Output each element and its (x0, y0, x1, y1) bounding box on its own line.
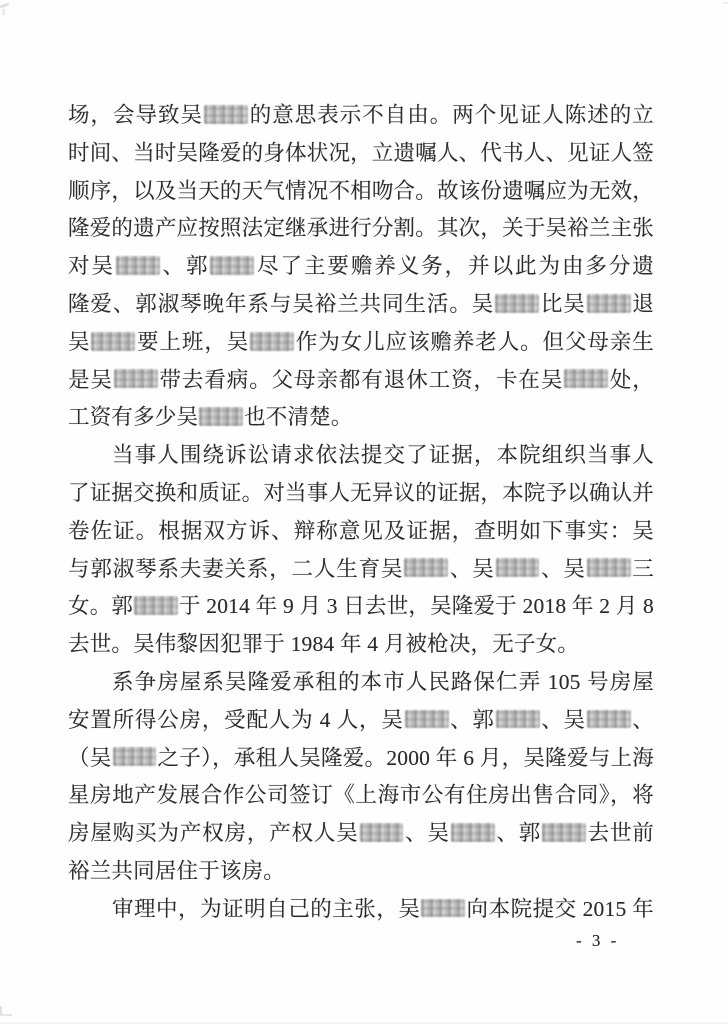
redacted-name (204, 105, 248, 124)
text-run: 带去看病。父母亲都有退休工资，卡在吴 (159, 368, 564, 392)
text-line: 了证据交换和质证。对当事人无异议的证据，本院予以确认并在 (68, 475, 654, 513)
text-line: 隆爱的遗产应按照法定继承进行分割。其次，关于吴裕兰主张其 (68, 210, 654, 248)
text-line: （吴之子），承租人吴隆爱。2000 年 6 月，吴隆爱与上海宇 (68, 740, 654, 778)
text-run: 审理中，为证明自己的主张，吴 (112, 897, 420, 921)
scan-artifact-top-right (723, 2, 728, 4)
text-line: 女。郭于 2014 年 9 月 3 日去世，吴隆爱于 2018 年 2 月 8 … (68, 588, 654, 626)
text-run: 工资有多少吴 (68, 405, 198, 429)
redacted-name (199, 407, 243, 426)
redacted-name (360, 823, 404, 842)
text-run: 当事人围绕诉讼请求依法提交了证据，本院组织当事人进行 (68, 443, 654, 475)
text-run: 女。郭 (68, 594, 133, 618)
redacted-name (91, 332, 135, 351)
redacted-name (116, 256, 160, 275)
text-line: 工资有多少吴也不清楚。 (68, 399, 654, 437)
text-run: 裕兰共同居住于该房。 (68, 859, 285, 883)
redacted-name (587, 558, 631, 577)
document-page: 场，会导致吴的意思表示不自由。两个见证人陈述的立遗嘱时间、当时吴隆爱的身体状况，… (0, 0, 728, 1024)
text-line: 星房地产发展合作公司签订《上海市公有住房出售合同》，将系争 (68, 777, 654, 815)
text-run: 、郭 (161, 254, 210, 278)
text-line: 当事人围绕诉讼请求依法提交了证据，本院组织当事人进行 (68, 437, 654, 475)
text-run: 隆爱、郭淑琴晚年系与吴裕兰共同生活。吴 (68, 292, 494, 316)
redacted-name (405, 710, 449, 729)
redacted-name (451, 823, 495, 842)
redacted-name (564, 369, 608, 388)
text-line: 安置所得公房，受配人为 4 人，吴、郭、吴、谢 (68, 702, 654, 740)
text-line: 时间、当时吴隆爱的身体状况，立遗嘱人、代书人、见证人签名 (68, 135, 654, 173)
text-line: 裕兰共同居住于该房。 (68, 853, 654, 891)
text-run: 、吴 (541, 708, 586, 732)
text-run: 房屋购买为产权房，产权人吴 (68, 821, 359, 845)
text-line: 对吴、郭尽了主要赡养义务，并以此为由多分遗产。吴 (68, 248, 654, 286)
scan-artifact-bottom-left (0, 1006, 12, 1016)
redacted-name (134, 596, 178, 615)
text-line: 顺序，以及当天的天气情况不相吻合。故该份遗嘱应为无效，吴 (68, 173, 654, 211)
redacted-name (421, 899, 465, 918)
text-run: 时间、当时吴隆爱的身体状况，立遗嘱人、代书人、见证人签名 (68, 141, 654, 173)
text-run: 隆爱的遗产应按照法定继承进行分割。其次，关于吴裕兰主张其 (68, 216, 654, 248)
text-run: 卷佐证。根据双方诉、辩称意见及证据，查明如下事实：吴 (68, 519, 654, 543)
text-run: 、郭 (450, 708, 495, 732)
redacted-name (542, 823, 586, 842)
text-run: 也不清楚。 (244, 405, 353, 429)
redacted-name (404, 558, 448, 577)
text-run: 安置所得公房，受配人为 4 人，吴 (68, 708, 404, 732)
text-line: 卷佐证。根据双方诉、辩称意见及证据，查明如下事实：吴 (68, 513, 654, 551)
redacted-name (495, 294, 539, 313)
text-run: 比吴 (540, 292, 586, 316)
redacted-name (587, 294, 631, 313)
text-run: 、吴 (404, 821, 449, 845)
text-run: 吴 (68, 330, 90, 354)
text-run: （吴 (68, 746, 112, 770)
text-run: 与郭淑琴系夫妻关系，二人生育吴 (68, 557, 403, 581)
text-line: 场，会导致吴的意思表示不自由。两个见证人陈述的立遗嘱 (68, 97, 654, 135)
redacted-name (250, 332, 294, 351)
text-line: 审理中，为证明自己的主张，吴向本院提交 2015 年 11 (68, 891, 654, 929)
text-run: 对吴 (68, 254, 115, 278)
page-number: - 3 - (576, 931, 656, 951)
redacted-name (496, 558, 540, 577)
text-line: 与郭淑琴系夫妻关系，二人生育吴、吴、吴三名子 (68, 551, 654, 589)
text-line: 系争房屋系吴隆爱承租的本市人民路保仁弄 105 号房屋动迁 (68, 664, 654, 702)
scan-artifact-top-left-2 (2, 9, 5, 15)
text-run: 、吴 (540, 557, 585, 581)
redacted-name (587, 710, 631, 729)
text-line: 隆爱、郭淑琴晚年系与吴裕兰共同生活。吴比吴退休早， (68, 286, 654, 324)
redacted-name (114, 369, 158, 388)
scan-artifact-top-left (0, 3, 9, 9)
redacted-name (113, 747, 157, 766)
document-body: 场，会导致吴的意思表示不自由。两个见证人陈述的立遗嘱时间、当时吴隆爱的身体状况，… (68, 97, 654, 929)
text-line: 是吴带去看病。父母亲都有退休工资，卡在吴处，退休 (68, 362, 654, 400)
text-run: 场，会导致吴 (68, 103, 203, 127)
redacted-name (496, 710, 540, 729)
redacted-name (210, 256, 254, 275)
text-run: 、吴 (449, 557, 494, 581)
text-run: 了证据交换和质证。对当事人无异议的证据，本院予以确认并在 (68, 481, 654, 513)
text-run: 是吴 (68, 368, 113, 392)
text-run: 去世。吴伟黎因犯罪于 1984 年 4 月被枪决，无子女。 (68, 632, 579, 656)
text-line: 吴要上班，吴作为女儿应该赡养老人。但父母亲生病都 (68, 324, 654, 362)
text-run: 顺序，以及当天的天气情况不相吻合。故该份遗嘱应为无效，吴 (68, 179, 654, 211)
text-run: 要上班，吴 (136, 330, 249, 354)
text-run: 系争房屋系吴隆爱承租的本市人民路保仁弄 105 号房屋动迁 (68, 670, 654, 702)
text-run: 、郭 (496, 821, 541, 845)
text-run: 星房地产发展合作公司签订《上海市公有住房出售合同》，将系争 (68, 783, 654, 815)
text-line: 去世。吴伟黎因犯罪于 1984 年 4 月被枪决，无子女。 (68, 626, 654, 664)
text-line: 房屋购买为产权房，产权人吴、吴、郭去世前与吴 (68, 815, 654, 853)
